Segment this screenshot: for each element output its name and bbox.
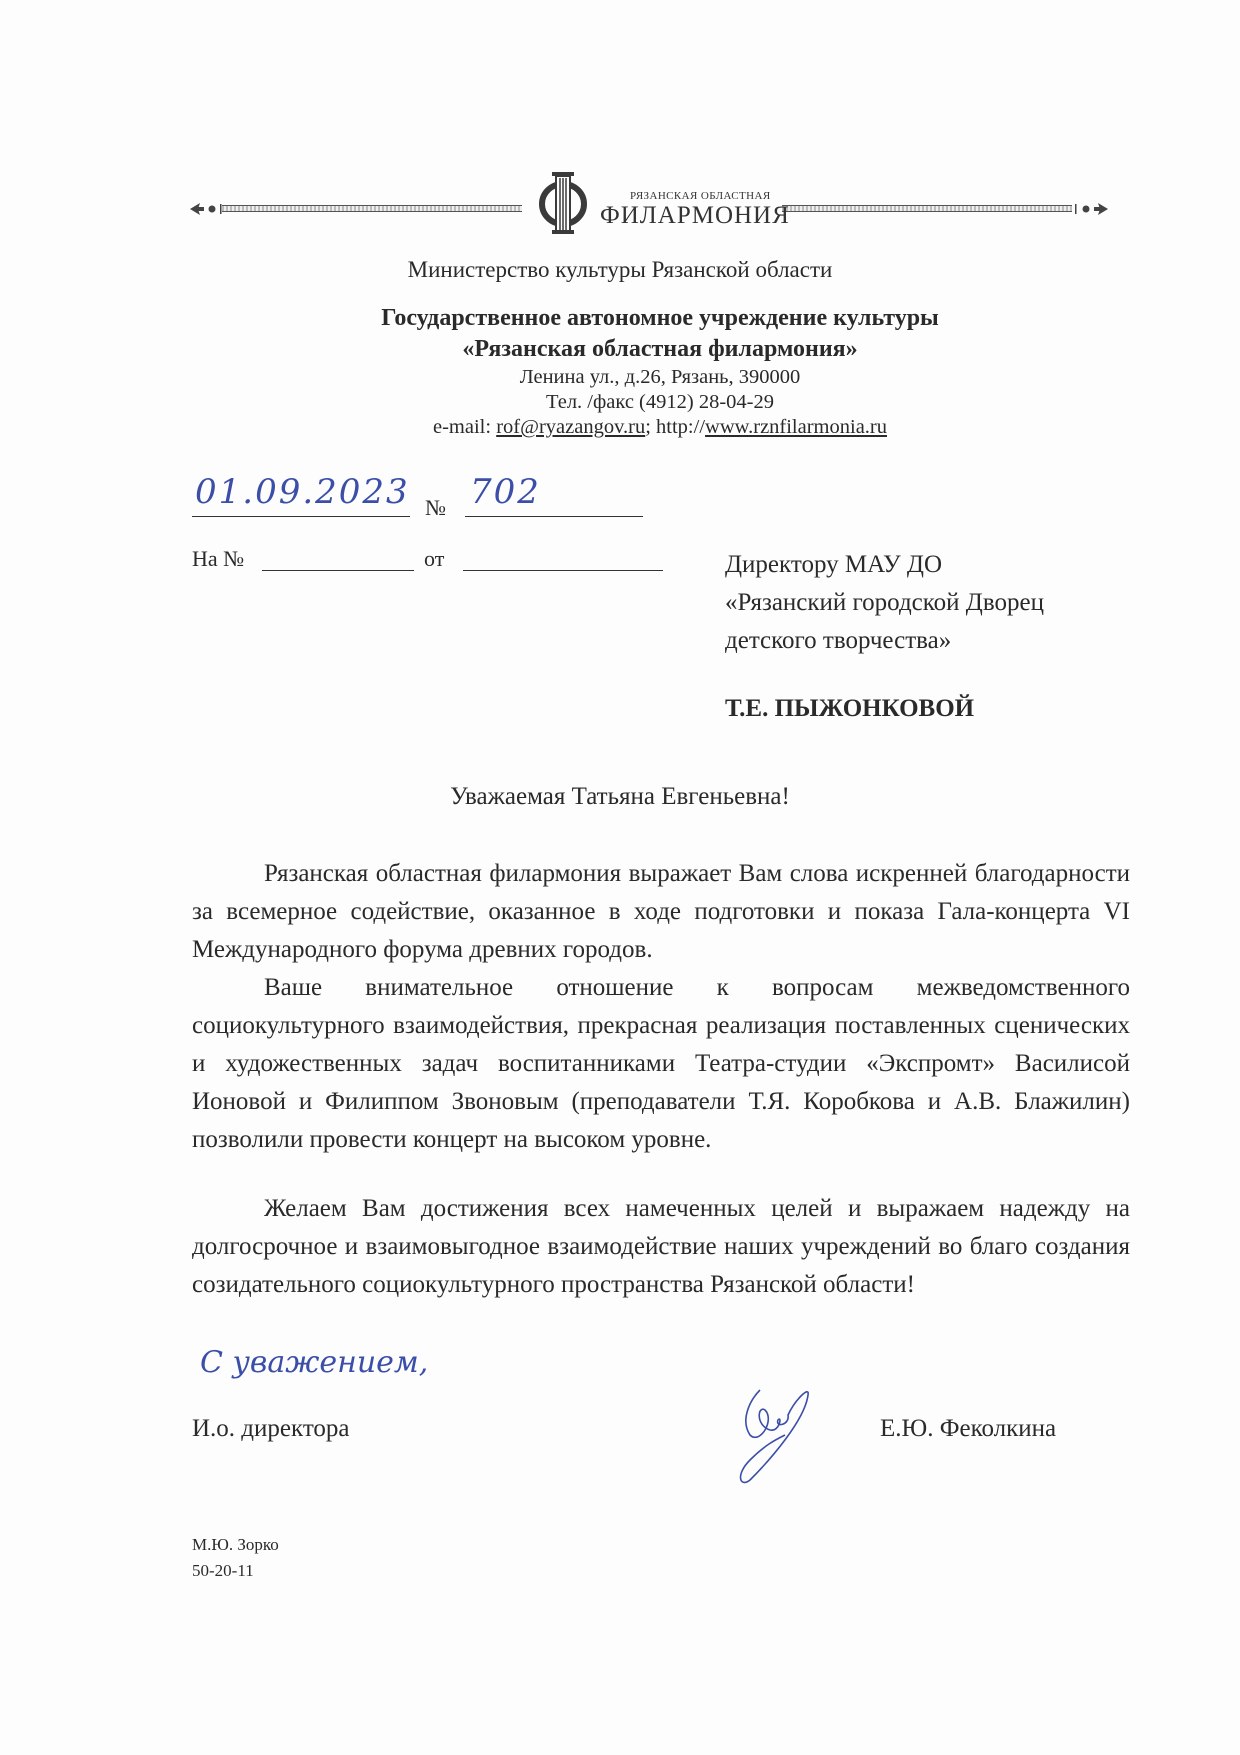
philharmonia-logo-icon <box>537 170 589 236</box>
logo-title: ФИЛАРМОНИЯ <box>600 202 790 230</box>
organization-block: Государственное автономное учреждение ку… <box>300 303 1020 440</box>
recipient-line-3: детского творчества» <box>725 622 1044 660</box>
recipient-block: Директору МАУ ДО «Рязанский городской Дв… <box>725 546 1044 660</box>
from-label: от <box>424 546 444 572</box>
number-symbol: № <box>425 495 446 521</box>
number-handwritten: 702 <box>470 472 541 512</box>
paragraph-2: Ваше внимательное отношение к вопросам м… <box>192 969 1130 1159</box>
org-phone: Тел. /факс (4912) 28-04-29 <box>300 390 1020 415</box>
recipient-line-1: Директору МАУ ДО <box>725 546 1044 584</box>
signer-name: Е.Ю. Феколкина <box>880 1415 1056 1443</box>
website-link[interactable]: www.rznfilarmonia.ru <box>705 416 887 438</box>
signer-position: И.о. директора <box>192 1415 350 1443</box>
letterhead-rule-right <box>782 205 1072 212</box>
arrow-ornament-left-icon <box>190 199 226 219</box>
greeting: Уважаемая Татьяна Евгеньевна! <box>0 783 1240 811</box>
reply-date-field[interactable] <box>463 570 663 571</box>
org-contacts: e-mail: rof@ryazangov.ru; http://www.rzn… <box>300 415 1020 440</box>
email-label: e-mail: <box>433 416 496 438</box>
number-underline <box>465 516 643 517</box>
ministry-name: Министерство культуры Рязанской области <box>0 257 1240 283</box>
recipient-line-2: «Рязанский городской Дворец <box>725 584 1044 622</box>
date-handwritten: 01.09.2023 <box>195 472 410 512</box>
date-underline <box>192 516 410 517</box>
org-line-1: Государственное автономное учреждение ку… <box>300 303 1020 334</box>
org-line-2: «Рязанская областная филармония» <box>300 334 1020 365</box>
reply-number-field[interactable] <box>262 570 414 571</box>
executor-name: М.Ю. Зорко <box>192 1532 279 1558</box>
org-address: Ленина ул., д.26, Рязань, 390000 <box>300 365 1020 390</box>
executor-phone: 50-20-11 <box>192 1558 254 1584</box>
recipient-name: Т.Е. ПЫЖОНКОВОЙ <box>725 695 974 723</box>
closing-handwritten: С уважением, <box>200 1345 428 1380</box>
web-separator: ; http:// <box>645 416 705 438</box>
reply-to-label: На № <box>192 546 244 572</box>
letterhead-rule-left <box>222 205 522 212</box>
arrow-ornament-right-icon <box>1072 199 1108 219</box>
email-link[interactable]: rof@ryazangov.ru <box>496 416 645 438</box>
paragraph-1: Рязанская областная филармония выражает … <box>192 855 1130 969</box>
logo-subtitle: РЯЗАНСКАЯ ОБЛАСТНАЯ <box>630 190 771 202</box>
paragraph-3: Желаем Вам достижения всех намеченных це… <box>192 1190 1130 1304</box>
handwritten-signature-icon <box>720 1380 860 1490</box>
